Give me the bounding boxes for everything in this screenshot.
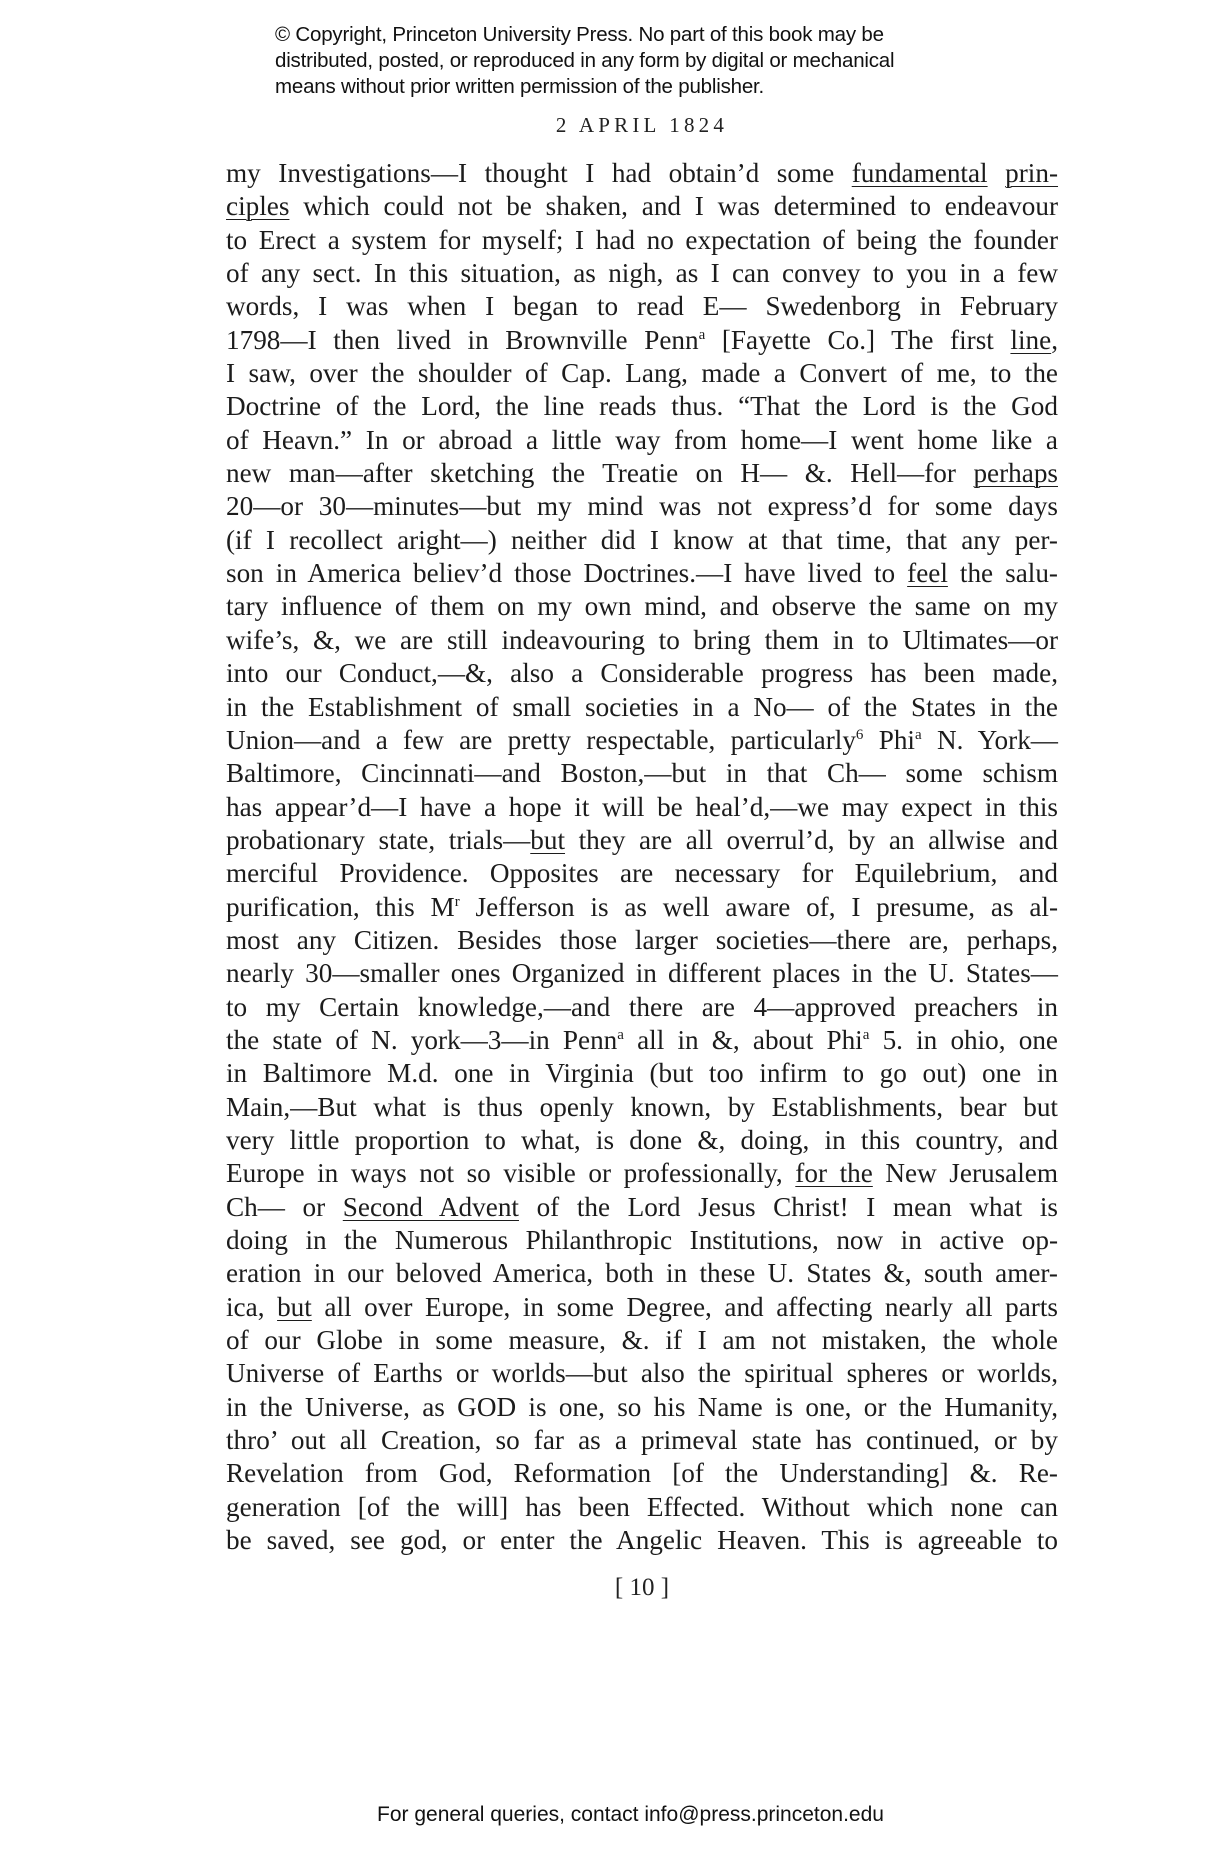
text-segment: Main,—But what is thus openly known, by … [226,1092,1058,1122]
text-line: wife’s, &, we are still indeavouring to … [226,624,1058,657]
copyright-notice: © Copyright, Princeton University Press.… [275,22,975,100]
text-line: Universe of Earths or worlds—but also th… [226,1357,1058,1390]
text-line: words, I was when I began to read E— Swe… [226,290,1058,323]
text-line: new man—after sketching the Treatie on H… [226,457,1058,490]
text-segment: wife’s, &, we are still indeavouring to … [226,625,1058,655]
text-segment: [Fayette Co.] The first [705,325,1010,355]
text-line: tary influence of them on my own mind, a… [226,590,1058,623]
text-segment: of any sect. In this situation, as nigh,… [226,258,1058,288]
underlined-text: line [1010,325,1051,355]
text-line: my Investigations—I thought I had obtain… [226,157,1058,190]
text-line: I saw, over the shoulder of Cap. Lang, m… [226,357,1058,390]
text-line: Revelation from God, Reformation [of the… [226,1457,1058,1490]
text-segment: nearly 30—smaller ones Organized in diff… [226,958,1058,988]
text-segment: doing in the Numerous Philanthropic Inst… [226,1225,1058,1255]
text-segment: (if I recollect aright—) neither did I k… [226,525,1058,555]
text-segment: new man—after sketching the Treatie on H… [226,458,973,488]
text-segment: the salu- [948,558,1058,588]
text-segment: of the Lord Jesus Christ! I mean what is [519,1192,1058,1222]
superscript: a [863,1027,870,1043]
text-line: of our Globe in some measure, &. if I am… [226,1324,1058,1357]
text-segment: which could not be shaken, and I was det… [289,191,1058,221]
running-head: 2 APRIL 1824 [226,113,1058,138]
text-line: has appear’d—I have a hope it will be he… [226,791,1058,824]
text-segment: probationary state, trials— [226,825,530,855]
text-segment: they are all overrul’d, by an allwise an… [565,825,1058,855]
text-line: of any sect. In this situation, as nigh,… [226,257,1058,290]
text-line: (if I recollect aright—) neither did I k… [226,524,1058,557]
superscript: a [699,327,706,343]
text-segment: eration in our beloved America, both in … [226,1258,1058,1288]
text-segment: in the Establishment of small societies … [226,692,1058,722]
text-line: to Erect a system for myself; I had no e… [226,224,1058,257]
text-line: doing in the Numerous Philanthropic Inst… [226,1224,1058,1257]
text-segment: tary influence of them on my own mind, a… [226,591,1058,621]
text-segment: New Jerusalem [873,1158,1058,1188]
underlined-text: prin- [1005,158,1058,188]
text-line: the state of N. york—3—in Penna all in &… [226,1024,1058,1057]
text-segment: N. York— [922,725,1058,755]
text-line: Main,—But what is thus openly known, by … [226,1091,1058,1124]
text-line: in Baltimore M.d. one in Virginia (but t… [226,1057,1058,1090]
text-line: Europe in ways not so visible or profess… [226,1157,1058,1190]
text-line: very little proportion to what, is done … [226,1124,1058,1157]
text-segment: Revelation from God, Reformation [of the… [226,1458,1058,1488]
text-segment: son in America believ’d those Doctrines.… [226,558,907,588]
text-line: merciful Providence. Opposites are neces… [226,857,1058,890]
text-segment: all in &, about Phi [624,1025,863,1055]
text-line: Ch— or Second Advent of the Lord Jesus C… [226,1191,1058,1224]
text-line: be saved, see god, or enter the Angelic … [226,1524,1058,1557]
text-segment: Phi [863,725,915,755]
text-line: eration in our beloved America, both in … [226,1257,1058,1290]
text-segment: to my Certain knowledge,—and there are 4… [226,992,1058,1022]
text-line: probationary state, trials—but they are … [226,824,1058,857]
text-segment: be saved, see god, or enter the Angelic … [226,1525,1058,1555]
text-segment: in Baltimore M.d. one in Virginia (but t… [226,1058,1058,1088]
text-segment: most any Citizen. Besides those larger s… [226,925,1058,955]
text-line: ica, but all over Europe, in some Degree… [226,1291,1058,1324]
text-segment: Jefferson is as well aware of, I presume… [460,892,1058,922]
text-segment: generation [of the will] has been Effect… [226,1492,1058,1522]
underlined-text: but [277,1292,312,1322]
superscript: 6 [856,727,864,743]
text-segment: my Investigations—I thought I had obtain… [226,158,852,188]
text-segment: I saw, over the shoulder of Cap. Lang, m… [226,358,1058,388]
footer-text: For general queries, contact info@press.… [377,1803,884,1826]
copyright-line: distributed, posted, or reproduced in an… [275,48,975,74]
underlined-text: ciples [226,191,289,221]
underlined-text: feel [907,558,948,588]
text-segment: Union—and a few are pretty respectable, … [226,725,856,755]
text-segment: of our Globe in some measure, &. if I am… [226,1325,1058,1355]
text-segment: Europe in ways not so visible or profess… [226,1158,795,1188]
underlined-text: Second Advent [343,1192,519,1222]
text-line: ciples which could not be shaken, and I … [226,190,1058,223]
superscript: a [915,727,922,743]
text-line: purification, this Mr Jefferson is as we… [226,891,1058,924]
text-segment: of Heavn.” In or abroad a little way fro… [226,425,1058,455]
underlined-text: for the [795,1158,873,1188]
text-segment: Baltimore, Cincinnati—and Boston,—but in… [226,758,1058,788]
copyright-line: © Copyright, Princeton University Press.… [275,22,975,48]
text-line: son in America believ’d those Doctrines.… [226,557,1058,590]
text-segment: ica, [226,1292,277,1322]
text-line: Baltimore, Cincinnati—and Boston,—but in… [226,757,1058,790]
text-segment: in the Universe, as GOD is one, so his N… [226,1392,1058,1422]
text-line: nearly 30—smaller ones Organized in diff… [226,957,1058,990]
superscript: a [617,1027,624,1043]
text-line: most any Citizen. Besides those larger s… [226,924,1058,957]
text-segment: Universe of Earths or worlds—but also th… [226,1358,1058,1388]
text-line: Union—and a few are pretty respectable, … [226,724,1058,757]
text-segment: Ch— or [226,1192,343,1222]
underlined-text: perhaps [973,458,1058,488]
text-line: into our Conduct,—&, also a Considerable… [226,657,1058,690]
text-segment: merciful Providence. Opposites are neces… [226,858,1058,888]
text-line: to my Certain knowledge,—and there are 4… [226,991,1058,1024]
text-line: thro’ out all Creation, so far as a prim… [226,1424,1058,1457]
text-segment: into our Conduct,—&, also a Considerable… [226,658,1058,688]
text-line: Doctrine of the Lord, the line reads thu… [226,390,1058,423]
text-line: in the Establishment of small societies … [226,691,1058,724]
text-line: 20—or 30—minutes—but my mind was not exp… [226,490,1058,523]
text-line: of Heavn.” In or abroad a little way fro… [226,424,1058,457]
text-segment: has appear’d—I have a hope it will be he… [226,792,1058,822]
text-segment: all over Europe, in some Degree, and aff… [312,1292,1058,1322]
text-line: in the Universe, as GOD is one, so his N… [226,1391,1058,1424]
footer-contact: For general queries, contact info@press.… [0,1803,1225,1827]
text-segment: very little proportion to what, is done … [226,1125,1058,1155]
text-segment: thro’ out all Creation, so far as a prim… [226,1425,1058,1455]
text-segment: to Erect a system for myself; I had no e… [226,225,1058,255]
text-segment: Doctrine of the Lord, the line reads thu… [226,391,1058,421]
underlined-text: but [530,825,565,855]
text-segment: purification, this M [226,892,455,922]
text-segment: , [1051,325,1058,355]
text-segment: 5. in ohio, one [869,1025,1058,1055]
text-segment: 20—or 30—minutes—but my mind was not exp… [226,491,1058,521]
letter-body-text: my Investigations—I thought I had obtain… [226,157,1058,1557]
text-segment: 1798—I then lived in Brownville Penn [226,325,699,355]
superscript: r [455,894,460,910]
copyright-line: means without prior written permission o… [275,74,975,100]
underlined-text: fundamental [852,158,988,188]
text-line: generation [of the will] has been Effect… [226,1491,1058,1524]
text-segment [988,158,1006,188]
text-segment: the state of N. york—3—in Penn [226,1025,617,1055]
text-line: 1798—I then lived in Brownville Penna [F… [226,324,1058,357]
page-number: [ 10 ] [226,1574,1058,1602]
text-segment: words, I was when I began to read E— Swe… [226,291,1058,321]
